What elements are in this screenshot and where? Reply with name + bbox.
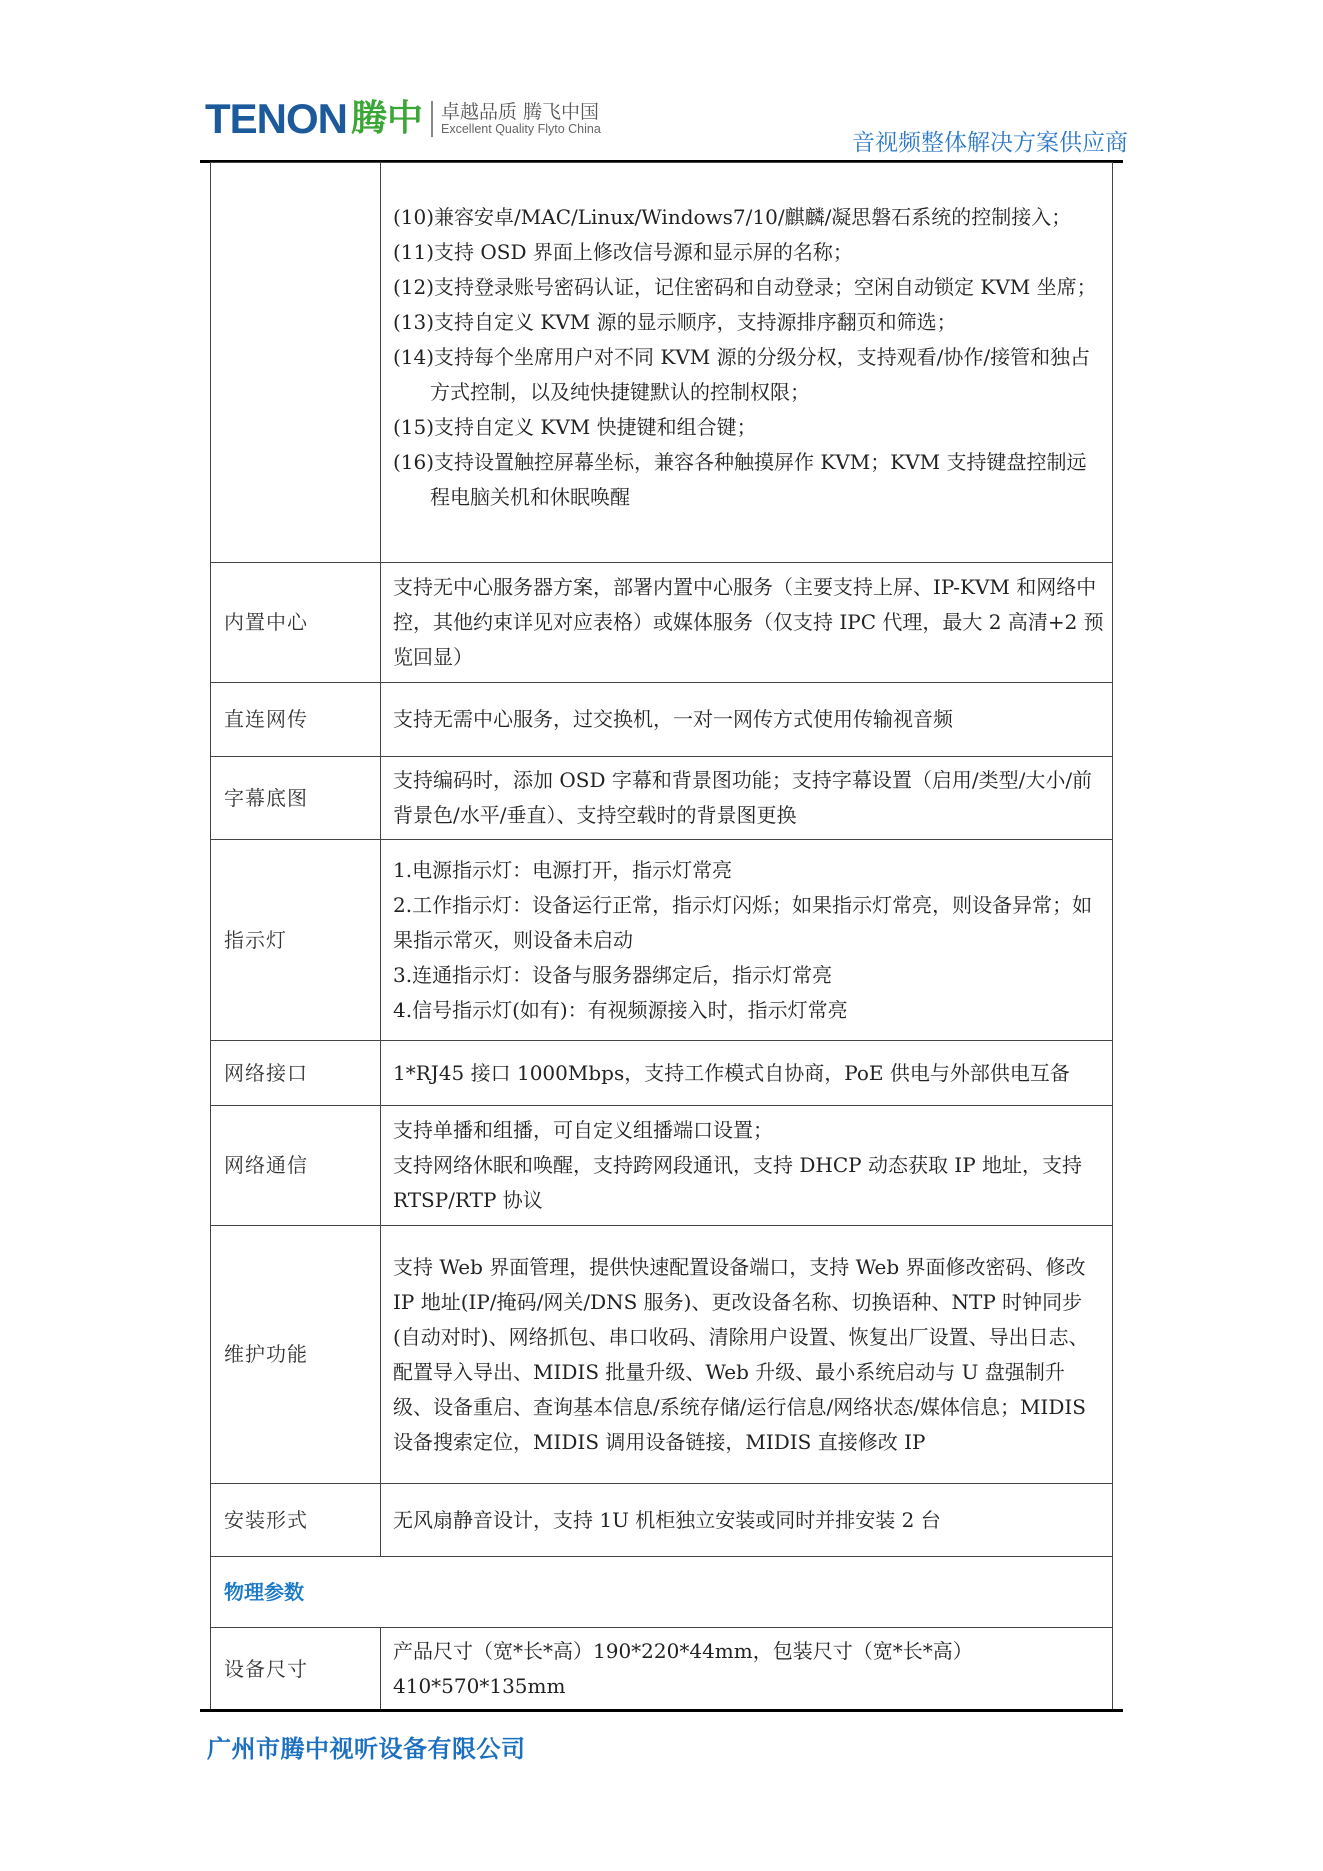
table-row-net-comm: 网络通信 支持单播和组播，可自定义组播端口设置； 支持网络休眠和唤醒，支持跨网段… [211, 1106, 1113, 1226]
row-content: 无风扇静音设计，支持 1U 机柜独立安装或同时并排安装 2 台 [381, 1484, 1113, 1557]
list-item: (13)支持自定义 KVM 源的显示顺序，支持源排序翻页和筛选； [393, 305, 1104, 340]
list-item: 2.工作指示灯：设备运行正常，指示灯闪烁；如果指示灯常亮，则设备异常；如果指示常… [393, 888, 1104, 958]
row-label: 网络接口 [211, 1041, 381, 1106]
table-row-indicator: 指示灯 1.电源指示灯：电源打开，指示灯常亮 2.工作指示灯：设备运行正常，指示… [211, 840, 1113, 1041]
row-content: 1.电源指示灯：电源打开，指示灯常亮 2.工作指示灯：设备运行正常，指示灯闪烁；… [381, 840, 1113, 1041]
row-label: 维护功能 [211, 1226, 381, 1484]
list-item: 支持单播和组播，可自定义组播端口设置； [393, 1113, 1104, 1148]
list-item: (14)支持每个坐席用户对不同 KVM 源的分级分权，支持观看/协作/接管和独占… [393, 340, 1104, 410]
header-tagline: 音视频整体解决方案供应商 [852, 124, 1128, 157]
list-item: (15)支持自定义 KVM 快捷键和组合键； [393, 410, 1104, 445]
table-row-net-port: 网络接口 1*RJ45 接口 1000Mbps，支持工作模式自协商，PoE 供电… [211, 1041, 1113, 1106]
logo-slogan: 卓越品质 腾飞中国 Excellent Quality Flyto China [441, 102, 601, 137]
row-label: 网络通信 [211, 1106, 381, 1226]
row-content: 支持单播和组播，可自定义组播端口设置； 支持网络休眠和唤醒，支持跨网段通讯，支持… [381, 1106, 1113, 1226]
row-content: 1*RJ45 接口 1000Mbps，支持工作模式自协商，PoE 供电与外部供电… [381, 1041, 1113, 1106]
table-row-direct-net: 直连网传 支持无需中心服务，过交换机，一对一网传方式使用传输视音频 [211, 683, 1113, 757]
table-row-maintenance: 维护功能 支持 Web 界面管理，提供快速配置设备端口，支持 Web 界面修改密… [211, 1226, 1113, 1484]
list-item: (10)兼容安卓/MAC/Linux/Windows7/10/麒麟/凝思磐石系统… [393, 200, 1104, 235]
table-row-dimensions: 设备尺寸 产品尺寸（宽*长*高）190*220*44mm，包装尺寸（宽*长*高）… [211, 1628, 1113, 1711]
slogan-chinese: 卓越品质 腾飞中国 [441, 102, 601, 123]
logo-chinese: 腾中 [351, 101, 423, 137]
logo-wordmark: TENON [205, 98, 347, 140]
row-label [211, 163, 381, 563]
table-section-physical: 物理参数 [211, 1557, 1113, 1628]
table-row-kvm-features: (10)兼容安卓/MAC/Linux/Windows7/10/麒麟/凝思磐石系统… [211, 163, 1113, 563]
row-content: (10)兼容安卓/MAC/Linux/Windows7/10/麒麟/凝思磐石系统… [381, 163, 1113, 563]
slogan-english: Excellent Quality Flyto China [441, 123, 601, 137]
row-label: 直连网传 [211, 683, 381, 757]
row-content: 支持无需中心服务，过交换机，一对一网传方式使用传输视音频 [381, 683, 1113, 757]
row-content: 支持编码时，添加 OSD 字幕和背景图功能；支持字幕设置（启用/类型/大小/前背… [381, 757, 1113, 840]
list-item: (12)支持登录账号密码认证，记住密码和自动登录；空闲自动锁定 KVM 坐席； [393, 270, 1104, 305]
row-label: 设备尺寸 [211, 1628, 381, 1711]
row-label: 指示灯 [211, 840, 381, 1041]
row-label: 字幕底图 [211, 757, 381, 840]
logo-divider [431, 101, 433, 137]
footer-divider [200, 1709, 1123, 1712]
list-item: 支持网络休眠和唤醒，支持跨网段通讯，支持 DHCP 动态获取 IP 地址，支持 … [393, 1148, 1104, 1218]
list-item: 1.电源指示灯：电源打开，指示灯常亮 [393, 853, 1104, 888]
row-content: 支持 Web 界面管理，提供快速配置设备端口，支持 Web 界面修改密码、修改 … [381, 1226, 1113, 1484]
table-row-install: 安装形式 无风扇静音设计，支持 1U 机柜独立安装或同时并排安装 2 台 [211, 1484, 1113, 1557]
spec-table: (10)兼容安卓/MAC/Linux/Windows7/10/麒麟/凝思磐石系统… [210, 162, 1113, 1711]
row-label: 内置中心 [211, 563, 381, 683]
page-header: TENON 腾中 卓越品质 腾飞中国 Excellent Quality Fly… [200, 90, 1123, 162]
section-title: 物理参数 [211, 1557, 1113, 1628]
row-label: 安装形式 [211, 1484, 381, 1557]
footer-company-name: 广州市腾中视听设备有限公司 [207, 1729, 526, 1764]
company-logo: TENON 腾中 卓越品质 腾飞中国 Excellent Quality Fly… [205, 98, 601, 140]
list-item: (16)支持设置触控屏幕坐标，兼容各种触摸屏作 KVM；KVM 支持键盘控制远程… [393, 445, 1104, 515]
row-content: 支持无中心服务器方案，部署内置中心服务（主要支持上屏、IP-KVM 和网络中控，… [381, 563, 1113, 683]
row-content: 产品尺寸（宽*长*高）190*220*44mm，包装尺寸（宽*长*高）410*5… [381, 1628, 1113, 1711]
table-row-subtitle-bg: 字幕底图 支持编码时，添加 OSD 字幕和背景图功能；支持字幕设置（启用/类型/… [211, 757, 1113, 840]
table-row-builtin-center: 内置中心 支持无中心服务器方案，部署内置中心服务（主要支持上屏、IP-KVM 和… [211, 563, 1113, 683]
list-item: 3.连通指示灯：设备与服务器绑定后，指示灯常亮 [393, 958, 1104, 993]
list-item: 4.信号指示灯(如有)：有视频源接入时，指示灯常亮 [393, 993, 1104, 1028]
list-item: (11)支持 OSD 界面上修改信号源和显示屏的名称； [393, 235, 1104, 270]
